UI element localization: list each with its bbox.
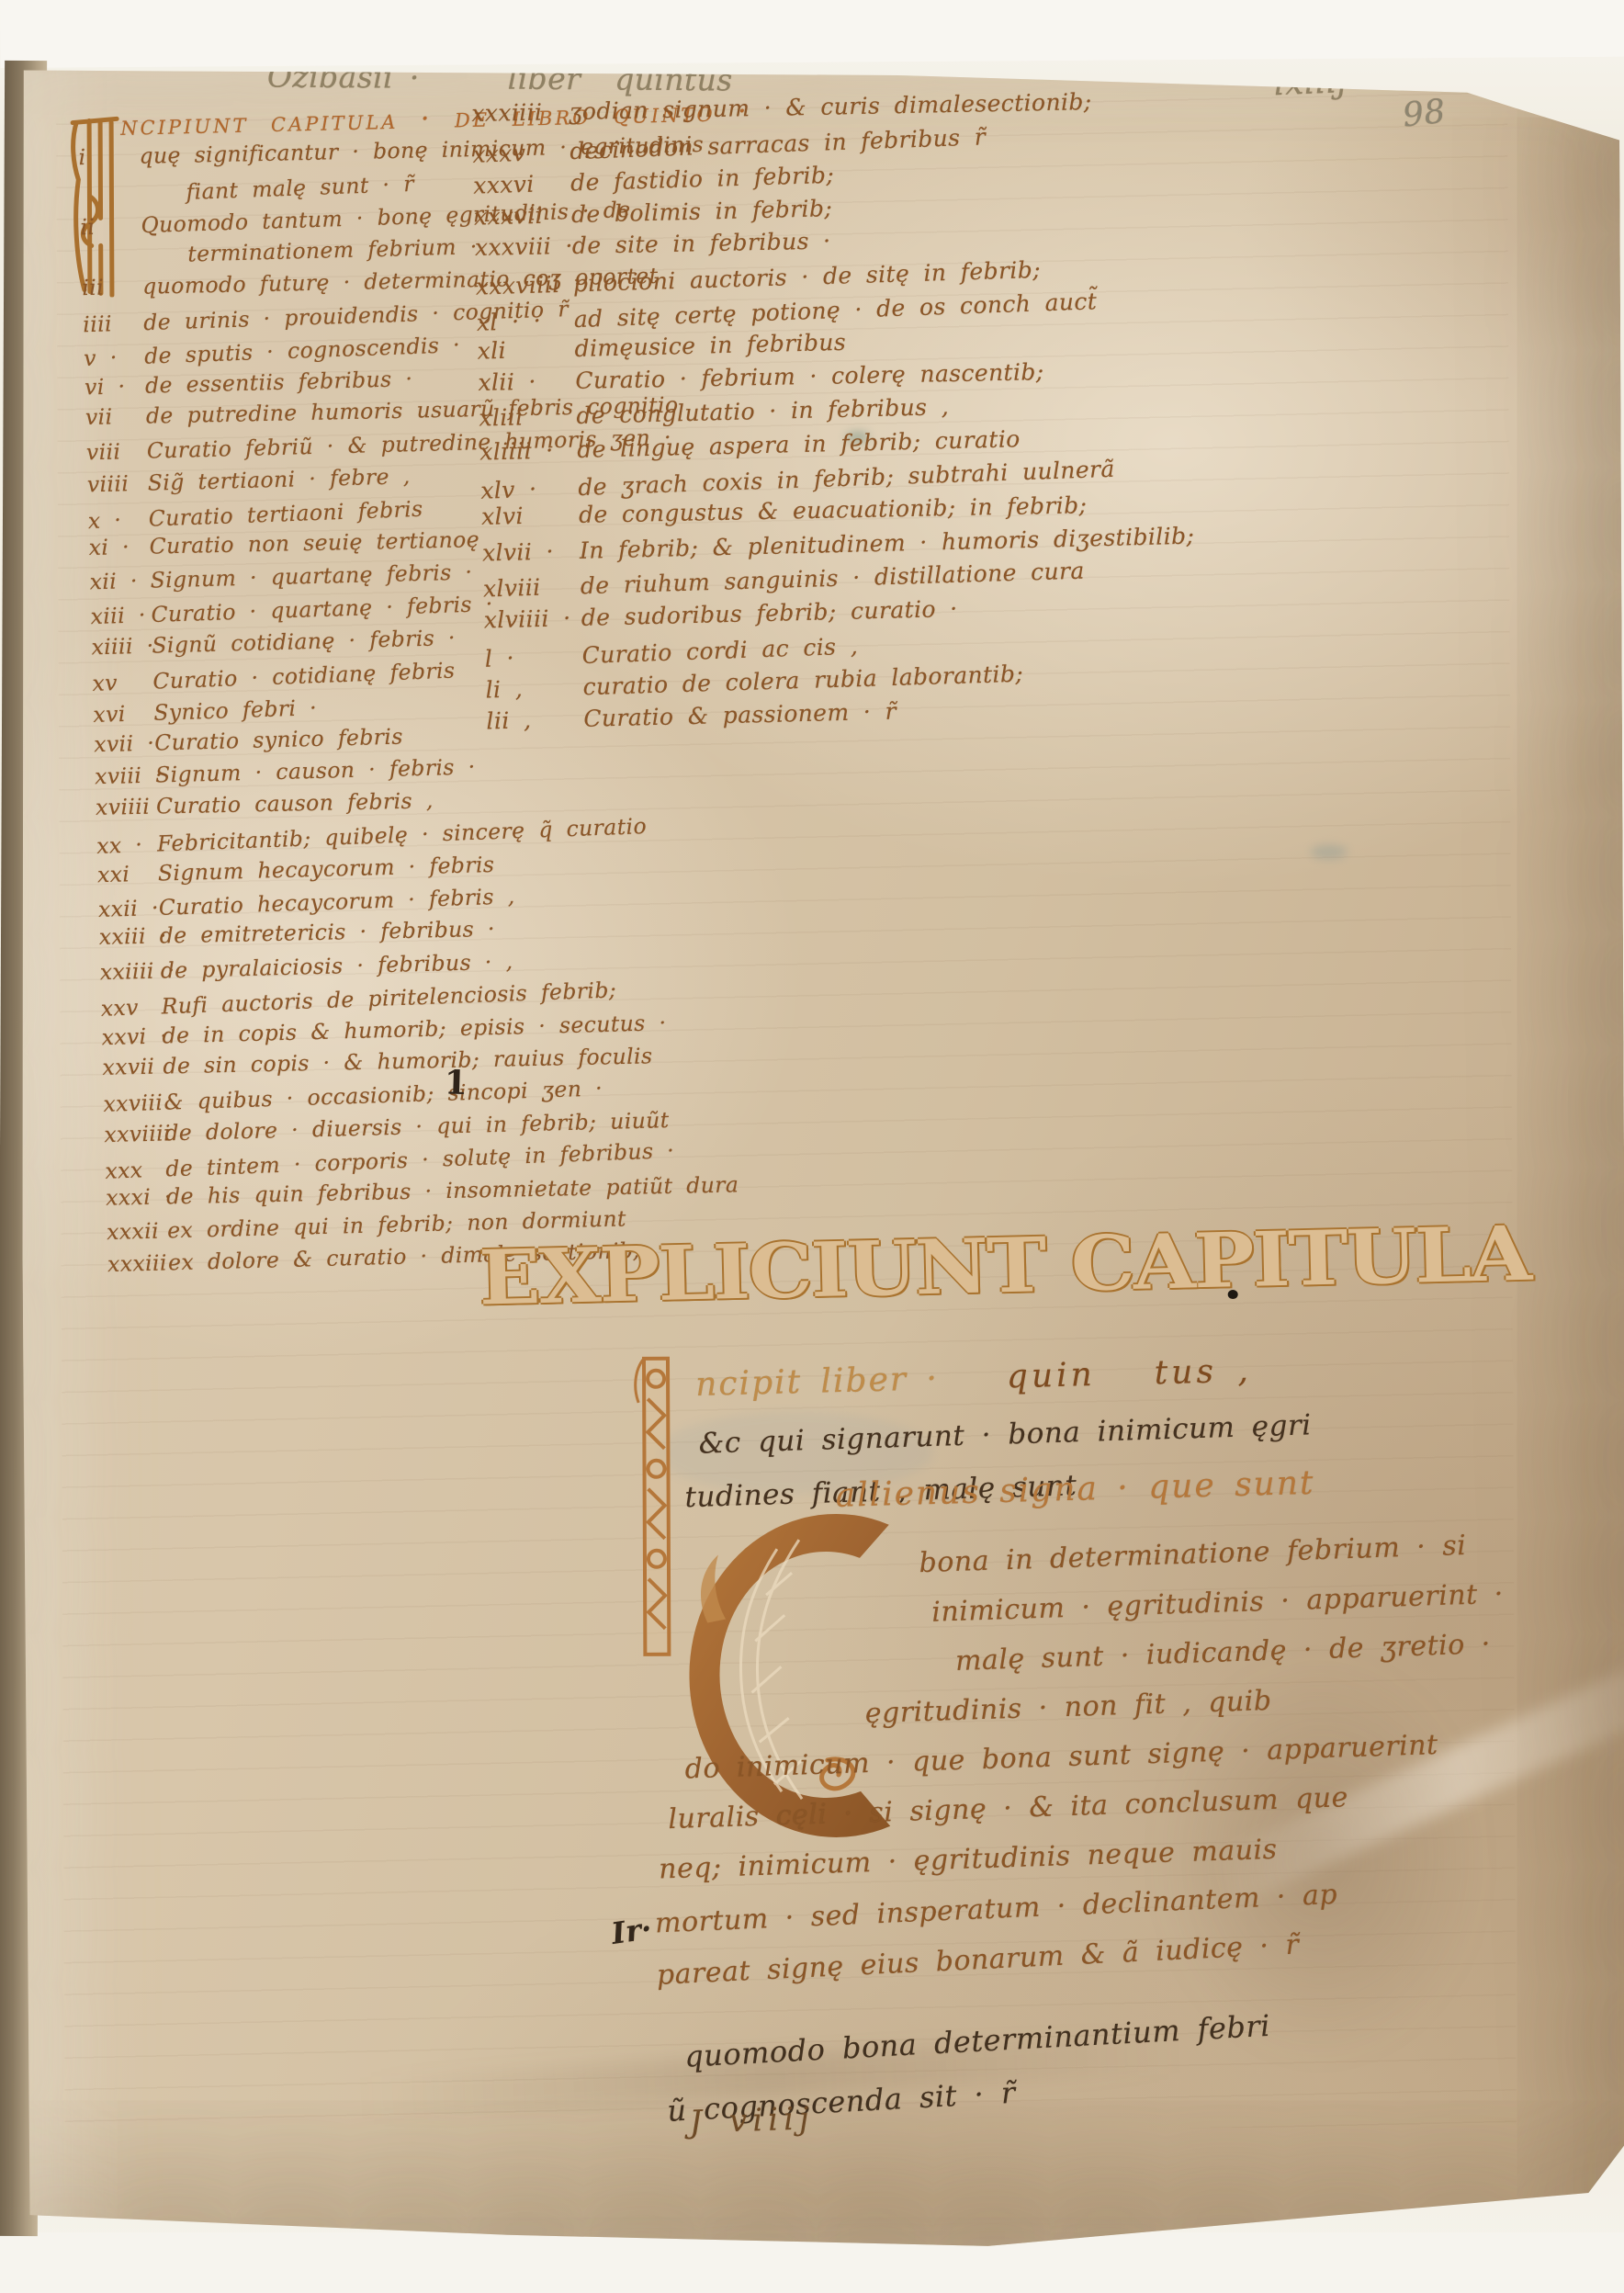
chapter-title: Curatio tertiaoni febris: [148, 496, 423, 532]
parchment-page: Ozibasii ·liber quintus lxiiij 53 98 nci…: [17, 48, 1624, 2253]
chapter-numeral: xxxi ·: [106, 1183, 167, 1210]
chapter-numeral: xlv ·: [480, 474, 579, 504]
incipit-body-text: bona in determinatione febrium · siinimi…: [643, 1520, 1516, 1994]
chapter-numeral: l ·: [484, 642, 582, 672]
chapter-numeral: xlvii ·: [482, 537, 581, 567]
capitula-right-column: xxxiiiiʒodian signum · & curis dimalesec…: [471, 80, 1405, 741]
chapter-numeral: xvi: [93, 700, 154, 728]
chapter-numeral: viiii: [86, 470, 148, 498]
chapter-title: fiant malę sunt · r̃: [186, 171, 414, 205]
chapter-numeral: xi ·: [88, 533, 150, 559]
chapter-title: Curatio causon febris ,: [156, 787, 434, 819]
chapter-numeral: v ·: [84, 344, 145, 371]
margin-number: 1: [444, 1063, 468, 1102]
chapter-numeral: xlvi: [481, 502, 580, 530]
chapter-numeral: iii: [82, 273, 143, 299]
chapter-numeral: xxxiii: [107, 1250, 169, 1278]
manuscript-photo: { "page": { "running_title_left": "Oziba…: [0, 0, 1624, 2293]
incipit-word-tus: tus ,: [1154, 1352, 1252, 1393]
chapter-numeral: xxxviiii ·: [475, 270, 573, 299]
chapter-title: Synico febri ·: [153, 695, 318, 726]
chapter-numeral: li ,: [485, 673, 583, 703]
chapter-numeral: xxxii: [107, 1217, 168, 1245]
chapter-numeral: vii: [85, 403, 147, 430]
chapter-numeral: xxii ·: [98, 895, 160, 922]
chapter-numeral: i: [78, 143, 140, 170]
chapter-numeral: xv: [92, 669, 153, 696]
incipit-rubric: ncipit liber ·: [695, 1360, 940, 1404]
photo-backdrop-top: [0, 0, 1624, 68]
chapter-numeral: xxx: [105, 1157, 166, 1184]
chapter-numeral: xxviiii: [104, 1120, 165, 1147]
chapter-numeral: xxxvi: [473, 170, 571, 199]
chapter-numeral: xviii ·: [95, 762, 156, 790]
ink-dot: [1228, 1290, 1238, 1299]
chapter-numeral: xxviii: [103, 1090, 164, 1117]
chapter-numeral: xlii ·: [478, 367, 576, 396]
chapter-numeral: xxvii: [102, 1053, 164, 1079]
chapter-numeral: xx ·: [96, 831, 158, 859]
chapter-numeral: xii ·: [89, 568, 151, 595]
folio-number-pencil-large: 98: [1401, 93, 1448, 135]
chapter-numeral: viii: [86, 437, 148, 465]
chapter-numeral: iiii: [83, 310, 144, 337]
chapter-numeral: xxv: [100, 994, 162, 1022]
chapter-numeral: ii: [80, 212, 141, 240]
chapter-numeral: xliiii ·: [479, 436, 578, 466]
chapter-numeral: xxxv: [472, 138, 570, 168]
chapter-numeral: xiiii ·: [91, 632, 152, 660]
chapter-numeral: xl · ·: [476, 306, 574, 336]
chapter-title: de emitretericis · febribus ·: [159, 916, 495, 949]
chapter-numeral: xxiiii ·: [99, 957, 161, 985]
ink-bleed-mark: [1311, 845, 1348, 860]
folio-number-pencil-small: 53: [1424, 68, 1452, 93]
chapter-numeral: x ·: [87, 506, 149, 534]
quire-mark: J viiij: [689, 2100, 815, 2141]
chapter-title: de site in febribus ·: [572, 228, 831, 259]
chapter-numeral: xxxviii ·: [475, 232, 573, 261]
chapter-numeral: xliii: [479, 402, 577, 432]
running-title-book: liber quintus: [508, 61, 733, 98]
incipit-word-quin: quin: [1006, 1356, 1096, 1395]
chapter-title: Curatio cordi ac cis ,: [581, 632, 858, 668]
chapter-numeral: xlviii: [483, 573, 581, 603]
margin-paragraph-mark: Ir·: [609, 1911, 654, 1951]
chapter-numeral: xviiii: [96, 793, 157, 819]
chapter-numeral: xiii ·: [90, 602, 152, 629]
chapter-numeral: xxiii ·: [98, 923, 160, 950]
chapter-numeral: xxxiiii: [471, 98, 570, 127]
